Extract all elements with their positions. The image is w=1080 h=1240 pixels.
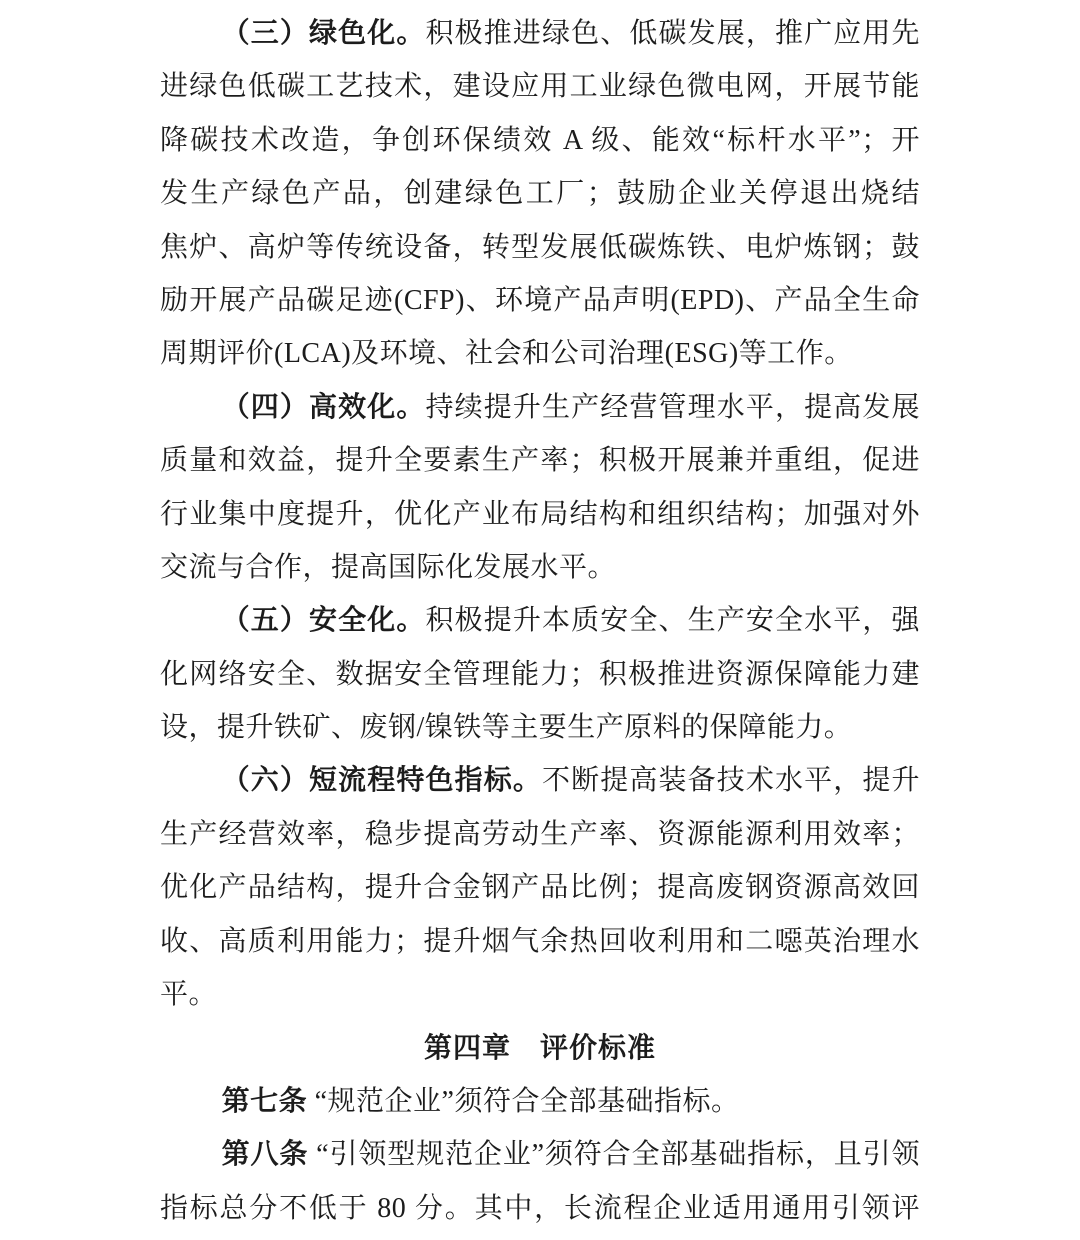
line-text: 行业集中度提升，优化产业布局结构和组织结构；加强对外 — [160, 499, 920, 530]
line-text: “引领型规范企业”须符合全部基础指标，且引领 — [308, 1139, 920, 1170]
line-text: 交流与合作，提高国际化发展水平。 — [160, 552, 616, 583]
text-line: 进绿色低碳工艺技术，建设应用工业绿色微电网，开展节能 — [160, 60, 920, 113]
section-3-runin-heading: （三）绿色化。 — [222, 18, 426, 49]
line-text: 设，提升铁矿、废钢/镍铁等主要生产原料的保障能力。 — [160, 712, 852, 743]
line-text: 焦炉、高炉等传统设备，转型发展低碳炼铁、电炉炼钢；鼓 — [160, 232, 920, 263]
article-7-label: 第七条 — [222, 1086, 308, 1117]
line-text: 收、高质利用能力；提升烟气余热回收利用和二噁英治理水 — [160, 926, 920, 957]
line-text: 生产经营效率，稳步提高劳动生产率、资源能源利用效率； — [160, 819, 920, 850]
text-line-paragraph-end: 平。 — [160, 968, 920, 1021]
text-line-article7: 第七条 “规范企业”须符合全部基础指标。 — [160, 1075, 920, 1128]
line-text: 指标总分不低于 80 分。其中，长流程企业适用通用引领评 — [160, 1193, 920, 1224]
text-line: 质量和效益，提升全要素生产率；积极开展兼并重组，促进 — [160, 434, 920, 487]
text-line-article8-start: 第八条 “引领型规范企业”须符合全部基础指标，且引领 — [160, 1128, 920, 1181]
line-text: 优化产品结构，提升合金钢产品比例；提高废钢资源高效回 — [160, 872, 920, 903]
section-6-runin-heading: （六）短流程特色指标。 — [222, 765, 542, 796]
line-text: 化网络安全、数据安全管理能力；积极推进资源保障能力建 — [160, 659, 920, 690]
text-line: 收、高质利用能力；提升烟气余热回收利用和二噁英治理水 — [160, 915, 920, 968]
text-line: 焦炉、高炉等传统设备，转型发展低碳炼铁、电炉炼钢；鼓 — [160, 221, 920, 274]
text-line: 励开展产品碳足迹(CFP)、环境产品声明(EPD)、产品全生命 — [160, 274, 920, 327]
chapter-heading: 第四章 评价标准 — [160, 1021, 920, 1074]
text-line: 降碳技术改造，争创环保绩效 A 级、能效“标杆水平”；开 — [160, 114, 920, 167]
text-line-section3-start: （三）绿色化。积极推进绿色、低碳发展，推广应用先 — [160, 7, 920, 60]
text-line: 发生产绿色产品，创建绿色工厂；鼓励企业关停退出烧结机、 — [160, 167, 920, 220]
text-line-section5-start: （五）安全化。积极提升本质安全、生产安全水平，强 — [160, 594, 920, 647]
line-text: 质量和效益，提升全要素生产率；积极开展兼并重组，促进 — [160, 445, 920, 476]
text-line-paragraph-end: 交流与合作，提高国际化发展水平。 — [160, 541, 920, 594]
line-text: 发生产绿色产品，创建绿色工厂；鼓励企业关停退出烧结机、 — [160, 178, 920, 220]
line-text: 持续提升生产经营管理水平，提高发展 — [425, 392, 920, 423]
line-text: 积极提升本质安全、生产安全水平，强 — [425, 605, 920, 636]
line-text: 积极推进绿色、低碳发展，推广应用先 — [425, 18, 920, 49]
article-8-label: 第八条 — [222, 1139, 309, 1170]
text-line: 化网络安全、数据安全管理能力；积极推进资源保障能力建 — [160, 648, 920, 701]
line-text: 进绿色低碳工艺技术，建设应用工业绿色微电网，开展节能 — [160, 71, 920, 102]
text-line: 生产经营效率，稳步提高劳动生产率、资源能源利用效率； — [160, 808, 920, 861]
line-text: 周期评价(LCA)及环境、社会和公司治理(ESG)等工作。 — [160, 338, 853, 369]
document-page: （三）绿色化。积极推进绿色、低碳发展，推广应用先 进绿色低碳工艺技术，建设应用工… — [0, 0, 1080, 1240]
text-line: 行业集中度提升，优化产业布局结构和组织结构；加强对外 — [160, 488, 920, 541]
text-line-paragraph-end: 设，提升铁矿、废钢/镍铁等主要生产原料的保障能力。 — [160, 701, 920, 754]
section-4-runin-heading: （四）高效化。 — [222, 392, 426, 423]
line-text: 平。 — [160, 979, 217, 1010]
chapter-heading-text: 第四章 评价标准 — [424, 1032, 656, 1063]
line-text: “规范企业”须符合全部基础指标。 — [307, 1086, 739, 1117]
text-line: 优化产品结构，提升合金钢产品比例；提高废钢资源高效回 — [160, 861, 920, 914]
section-5-runin-heading: （五）安全化。 — [222, 605, 426, 636]
line-text: 降碳技术改造，争创环保绩效 A 级、能效“标杆水平”；开 — [160, 125, 920, 156]
text-line-section4-start: （四）高效化。持续提升生产经营管理水平，提高发展 — [160, 381, 920, 434]
text-line: 指标总分不低于 80 分。其中，长流程企业适用通用引领评 — [160, 1182, 920, 1235]
line-text: 不断提高装备技术水平，提升 — [542, 765, 920, 796]
text-line-paragraph-end: 周期评价(LCA)及环境、社会和公司治理(ESG)等工作。 — [160, 327, 920, 380]
text-line-section6-start: （六）短流程特色指标。不断提高装备技术水平，提升 — [160, 754, 920, 807]
line-text: 励开展产品碳足迹(CFP)、环境产品声明(EPD)、产品全生命 — [160, 285, 920, 316]
